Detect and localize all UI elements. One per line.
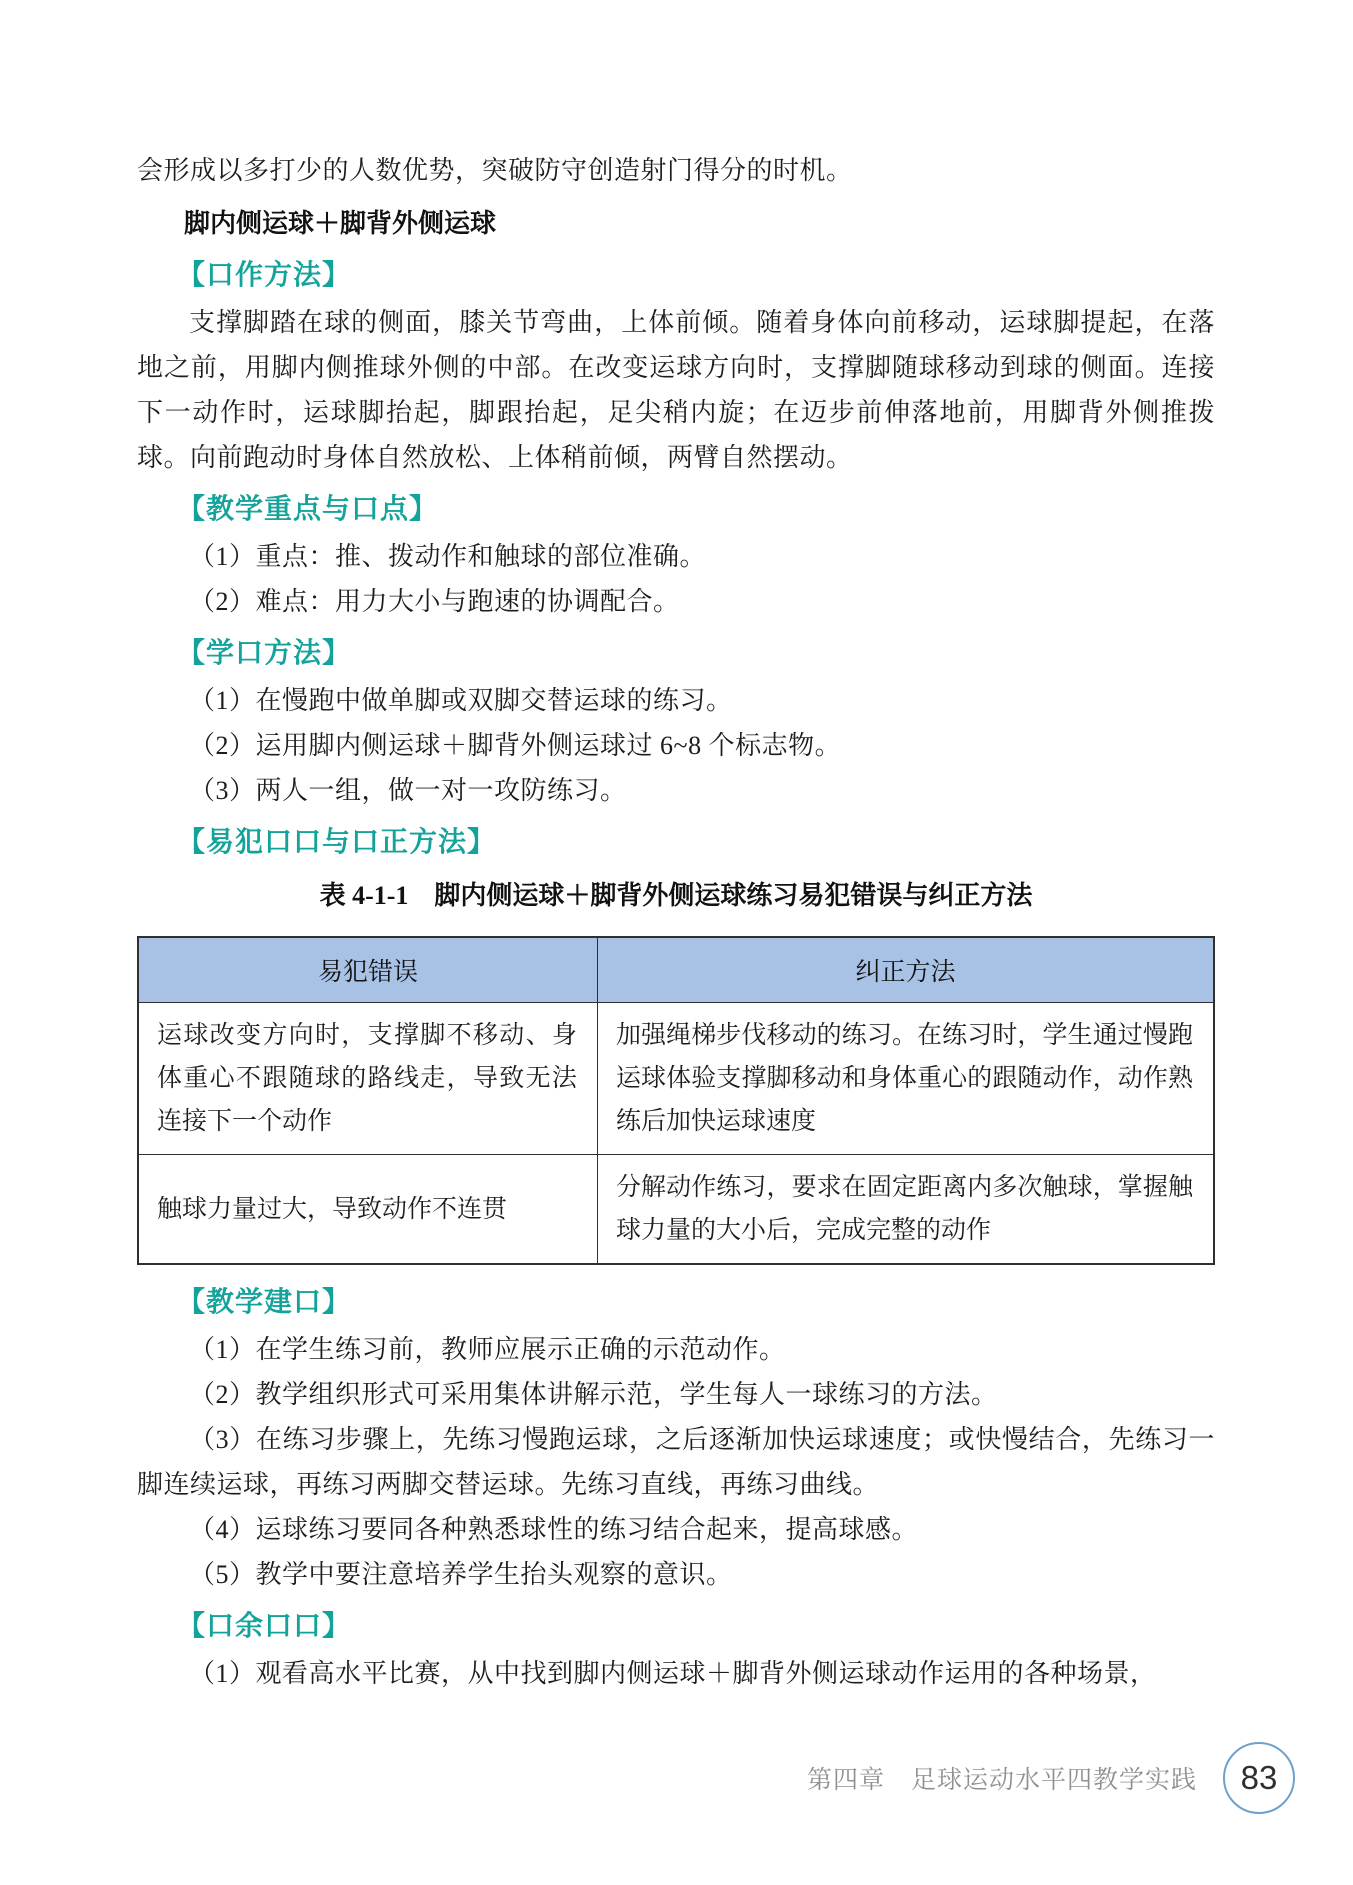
table-cell-error-2: 触球力量过大，导致动作不连贯 bbox=[138, 1155, 597, 1265]
list-item: （1）在慢跑中做单脚或双脚交替运球的练习。 bbox=[137, 678, 1215, 723]
list-item: （4）运球练习要同各种熟悉球性的练习结合起来，提高球感。 bbox=[137, 1507, 1215, 1552]
table-row: 触球力量过大，导致动作不连贯 分解动作练习，要求在固定距离内多次触球，掌握触球力… bbox=[138, 1155, 1214, 1265]
page-footer: 第四章 足球运动水平四教学实践 83 bbox=[807, 1742, 1295, 1814]
section-header-key-points: 【教学重点与口点】 bbox=[137, 486, 1215, 532]
table-row: 运球改变方向时，支撑脚不移动、身体重心不跟随球的路线走，导致无法连接下一个动作 … bbox=[138, 1003, 1214, 1155]
section-header-action-method: 【口作方法】 bbox=[137, 252, 1215, 298]
section-header-learning-method: 【学口方法】 bbox=[137, 630, 1215, 676]
list-item: （2）运用脚内侧运球＋脚背外侧运球过 6~8 个标志物。 bbox=[137, 723, 1215, 768]
action-method-paragraph: 支撑脚踏在球的侧面，膝关节弯曲，上体前倾。随着身体向前移动，运球脚提起，在落地之… bbox=[137, 300, 1215, 480]
table-caption: 表 4-1-1 脚内侧运球＋脚背外侧运球练习易犯错误与纠正方法 bbox=[137, 873, 1215, 918]
section-header-common-errors: 【易犯口口与口正方法】 bbox=[137, 819, 1215, 865]
list-item: （5）教学中要注意培养学生抬头观察的意识。 bbox=[137, 1552, 1215, 1597]
list-item: （2）教学组织形式可采用集体讲解示范，学生每人一球练习的方法。 bbox=[137, 1372, 1215, 1417]
list-item: （2）难点：用力大小与跑速的协调配合。 bbox=[137, 579, 1215, 624]
table-header-row: 易犯错误 纠正方法 bbox=[138, 937, 1214, 1003]
list-item: （1）重点：推、拨动作和触球的部位准确。 bbox=[137, 534, 1215, 579]
list-item: （1）观看高水平比赛，从中找到脚内侧运球＋脚背外侧运球动作运用的各种场景， bbox=[137, 1651, 1215, 1696]
footer-chapter-label: 第四章 足球运动水平四教学实践 bbox=[807, 1760, 1197, 1796]
list-item: （3）两人一组，做一对一攻防练习。 bbox=[137, 768, 1215, 813]
section-header-teaching-advice: 【教学建口】 bbox=[137, 1279, 1215, 1325]
table-header-correction: 纠正方法 bbox=[597, 937, 1214, 1003]
list-item: （3）在练习步骤上，先练习慢跑运球，之后逐渐加快运球速度；或快慢结合，先练习一脚… bbox=[137, 1417, 1215, 1507]
table-cell-correction-2: 分解动作练习，要求在固定距离内多次触球，掌握触球力量的大小后，完成完整的动作 bbox=[597, 1155, 1214, 1265]
errors-correction-table: 易犯错误 纠正方法 运球改变方向时，支撑脚不移动、身体重心不跟随球的路线走，导致… bbox=[137, 936, 1215, 1265]
page-content: 会形成以多打少的人数优势，突破防守创造射门得分的时机。 脚内侧运球＋脚背外侧运球… bbox=[137, 148, 1215, 1696]
page-number-badge: 83 bbox=[1223, 1742, 1295, 1814]
intro-paragraph: 会形成以多打少的人数优势，突破防守创造射门得分的时机。 bbox=[137, 148, 1215, 193]
table-cell-error-1: 运球改变方向时，支撑脚不移动、身体重心不跟随球的路线走，导致无法连接下一个动作 bbox=[138, 1003, 597, 1155]
table-cell-correction-1: 加强绳梯步伐移动的练习。在练习时，学生通过慢跑运球体验支撑脚移动和身体重心的跟随… bbox=[597, 1003, 1214, 1155]
list-item: （1）在学生练习前，教师应展示正确的示范动作。 bbox=[137, 1327, 1215, 1372]
table-header-error: 易犯错误 bbox=[138, 937, 597, 1003]
technique-subheading: 脚内侧运球＋脚背外侧运球 bbox=[137, 201, 1215, 246]
section-header-homework: 【口余口口】 bbox=[137, 1603, 1215, 1649]
